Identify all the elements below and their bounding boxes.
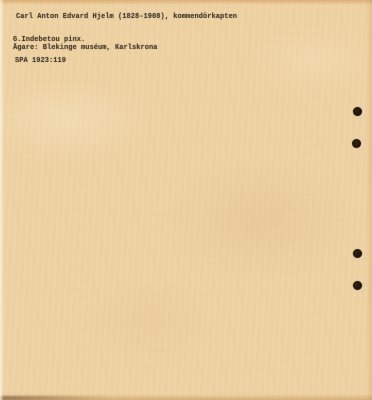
paper-right-edge-shade [366,0,372,400]
punch-dot [352,139,361,148]
card-owner-line: Ägare: Blekinge muséum, Karlskrona [13,44,158,52]
paper-top-edge-shade [0,0,372,5]
punch-dot [353,281,362,290]
punch-dot [353,249,362,258]
card-title-line: Carl Anton Edvard Hjelm (1828-1908), kom… [16,13,237,21]
bottom-left-smudge [0,396,110,400]
paper-left-edge-highlight [0,0,4,400]
card-reference-line: SPA 1923:119 [15,57,66,65]
punch-dot [353,107,362,116]
photo-index-card: Carl Anton Edvard Hjelm (1828-1908), kom… [0,0,372,400]
card-artist-line: G.Indebetou pinx. [13,36,85,44]
